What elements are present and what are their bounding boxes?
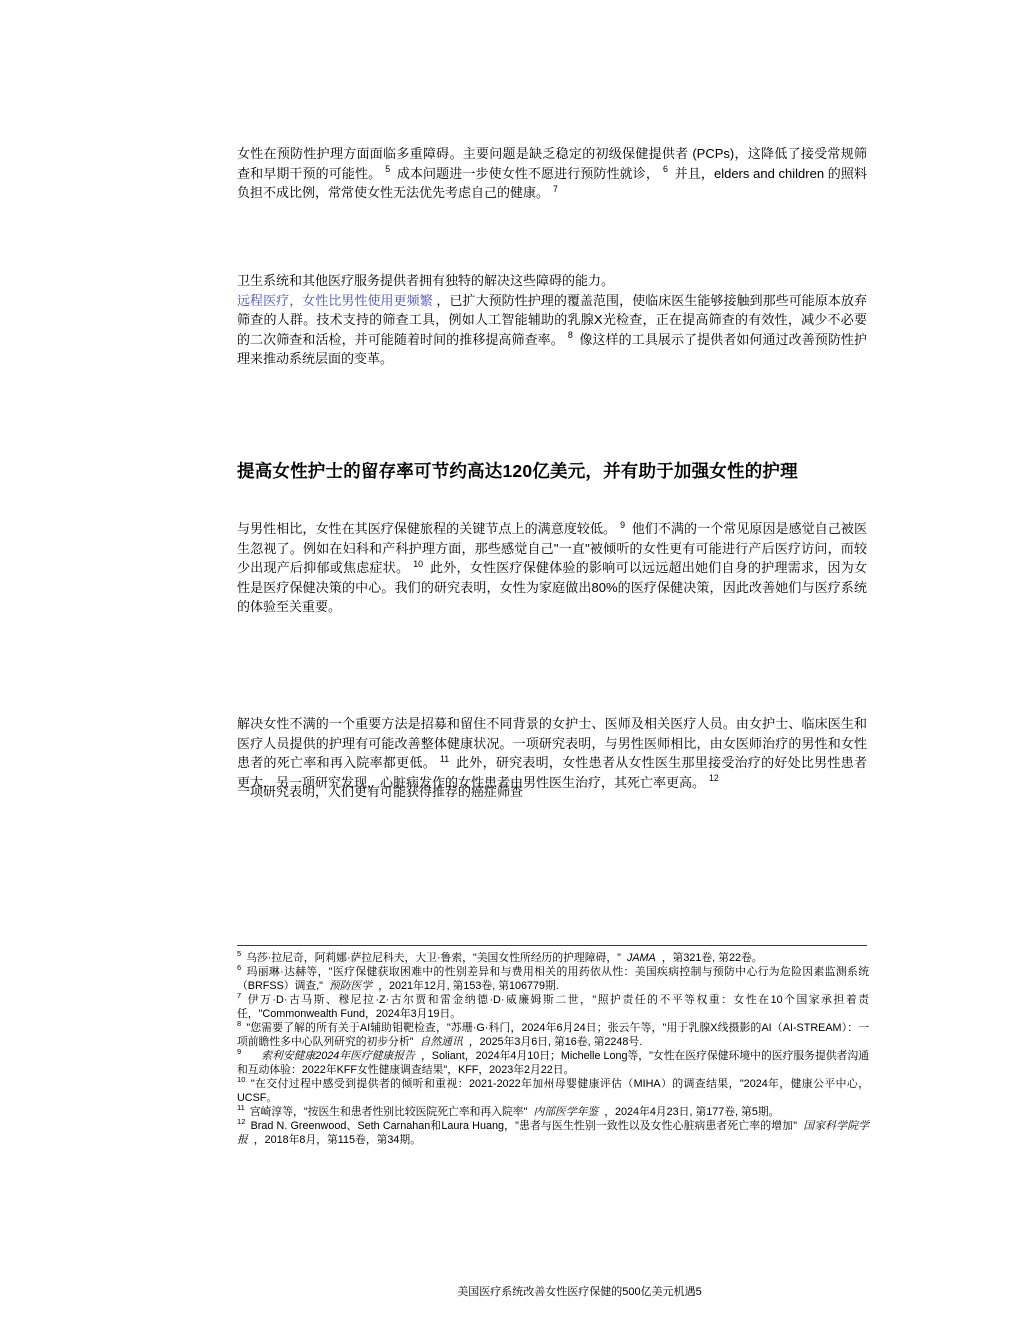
text-span: 宫崎淳等，"按医生和患者性别比较医院死亡率和再入院率" xyxy=(247,1106,534,1118)
footnotes-section: 5 乌莎·拉尼奇，阿莉娜·萨拉尼科夫，大卫·鲁索，"美国女性所经历的护理障碍，"… xyxy=(237,951,869,1147)
text-span: 伊万·D·古马斯、穆尼拉·Z·古尔贾和雷金纳德·D·威廉姆斯二世，"照护责任的不… xyxy=(237,994,869,1020)
footnote-5: 5 乌莎·拉尼奇，阿莉娜·萨拉尼科夫，大卫·鲁索，"美国女性所经历的护理障碍，"… xyxy=(237,951,869,965)
footnote-7: 7 伊万·D·古马斯、穆尼拉·Z·古尔贾和雷金纳德·D·威廉姆斯二世，"照护责任… xyxy=(237,993,869,1021)
footnote-ref-12: 12 xyxy=(709,773,719,783)
footnote-marker: 9 xyxy=(237,1047,241,1056)
footnote-marker: 10 xyxy=(237,1075,245,1084)
footnote-marker: 11 xyxy=(237,1103,245,1112)
text-span: ，2024年4月23日, 第177卷, 第5期。 xyxy=(598,1106,779,1118)
paragraph-barriers: 女性在预防性护理方面面临多重障碍。主要问题是缺乏稳定的初级保健提供者 (PCPs… xyxy=(237,144,867,203)
footnote-marker: 6 xyxy=(237,963,241,972)
text-span: Brad N. Greenwood、Seth Carnahan和Laura Hu… xyxy=(247,1120,803,1132)
footnote-8: 8 "您需要了解的所有关于AI辅助钼靶检查，"苏珊·G·科门，2024年6月24… xyxy=(237,1021,869,1049)
footnote-marker: 12 xyxy=(237,1117,245,1126)
text-span: ，2021年12月, 第153卷, 第106779期. xyxy=(372,980,559,992)
text-span: 与男性相比，女性在其医疗保健旅程的关键节点上的满意度较低。 xyxy=(237,521,616,536)
text-span: 乌莎·拉尼奇，阿莉娜·萨拉尼科夫，大卫·鲁索，"美国女性所经历的护理障碍，" xyxy=(243,952,627,964)
footnote-divider xyxy=(237,945,867,946)
italic-title: 自然通讯 xyxy=(420,1036,463,1048)
paragraph-workforce: 解决女性不满的一个重要方法是招募和留住不同背景的女护士、医师及相关医疗人员。由女… xyxy=(237,714,867,802)
footnote-ref-11: 11 xyxy=(440,754,449,764)
text-span: "在交付过程中感受到提供者的倾听和重视：2021-2022年加州母婴健康评估（M… xyxy=(237,1078,869,1104)
footnote-ref-10: 10 xyxy=(413,559,423,569)
paragraph-workforce-text: 解决女性不满的一个重要方法是招募和留住不同背景的女护士、医师及相关医疗人员。由女… xyxy=(237,714,867,792)
section-heading: 提高女性护士的留存率可节约高达120亿美元，并有助于加强女性的护理 xyxy=(237,460,867,483)
italic-title: JAMA xyxy=(627,952,656,964)
document-page: 女性在预防性护理方面面临多重障碍。主要问题是缺乏稳定的初级保健提供者 (PCPs… xyxy=(0,0,1020,1320)
paragraph-health-systems: 卫生系统和其他医疗服务提供者拥有独特的解决这些障碍的能力。远程医疗，女性比男性使… xyxy=(237,271,867,369)
footnote-6: 6 玛丽琳·达赫等，"医疗保健获取困难中的性别差异和与费用相关的用药依从性：美国… xyxy=(237,965,869,993)
footnote-ref-7: 7 xyxy=(553,184,558,194)
page-number: 5 xyxy=(696,1286,702,1298)
text-span: 成本问题进一步使女性不愿进行预防性就诊， xyxy=(393,166,659,181)
text-span: 卫生系统和其他医疗服务提供者拥有独特的解决这些障碍的能力。 xyxy=(237,273,614,288)
footnote-ref-5: 5 xyxy=(385,164,390,174)
footnote-10: 10 "在交付过程中感受到提供者的倾听和重视：2021-2022年加州母婴健康评… xyxy=(237,1077,869,1105)
text-span: ，第321卷, 第22卷。 xyxy=(656,952,763,964)
text-span: ，2018年8月，第115卷，第34期。 xyxy=(248,1134,421,1146)
footnote-9: 9 索利安健康2024年医疗健康报告 ，Soliant，2024年4月10日；M… xyxy=(237,1049,869,1077)
footnote-marker: 8 xyxy=(237,1019,241,1028)
footer-title: 美国医疗系统改善女性医疗保健的500亿美元机遇 xyxy=(457,1286,695,1298)
footnote-marker: 5 xyxy=(237,949,241,958)
footnote-ref-8: 8 xyxy=(568,330,573,340)
italic-title: 内部医学年鉴 xyxy=(533,1106,598,1118)
text-span: ，2025年3月6日, 第16卷, 第2248号. xyxy=(463,1036,642,1048)
text-span xyxy=(243,1050,261,1062)
italic-title: 索利安健康2024年医疗健康报告 xyxy=(261,1050,415,1062)
telehealth-usage-link[interactable]: 远程医疗，女性比男性使用更频繁 xyxy=(237,293,433,308)
paragraph-satisfaction: 与男性相比，女性在其医疗保健旅程的关键节点上的满意度较低。9 他们不满的一个常见… xyxy=(237,519,867,617)
footnote-12: 12 Brad N. Greenwood、Seth Carnahan和Laura… xyxy=(237,1119,869,1147)
footnote-11: 11 宫崎淳等，"按医生和患者性别比较医院死亡率和再入院率" 内部医学年鉴 ，2… xyxy=(237,1105,869,1119)
page-footer: 美国医疗系统改善女性医疗保健的500亿美元机遇5 xyxy=(237,1283,867,1299)
footnote-marker: 7 xyxy=(237,991,241,1000)
italic-title: 预防医学 xyxy=(329,980,372,992)
footnote-ref-6: 6 xyxy=(663,164,668,174)
footnote-ref-9: 9 xyxy=(620,520,625,530)
